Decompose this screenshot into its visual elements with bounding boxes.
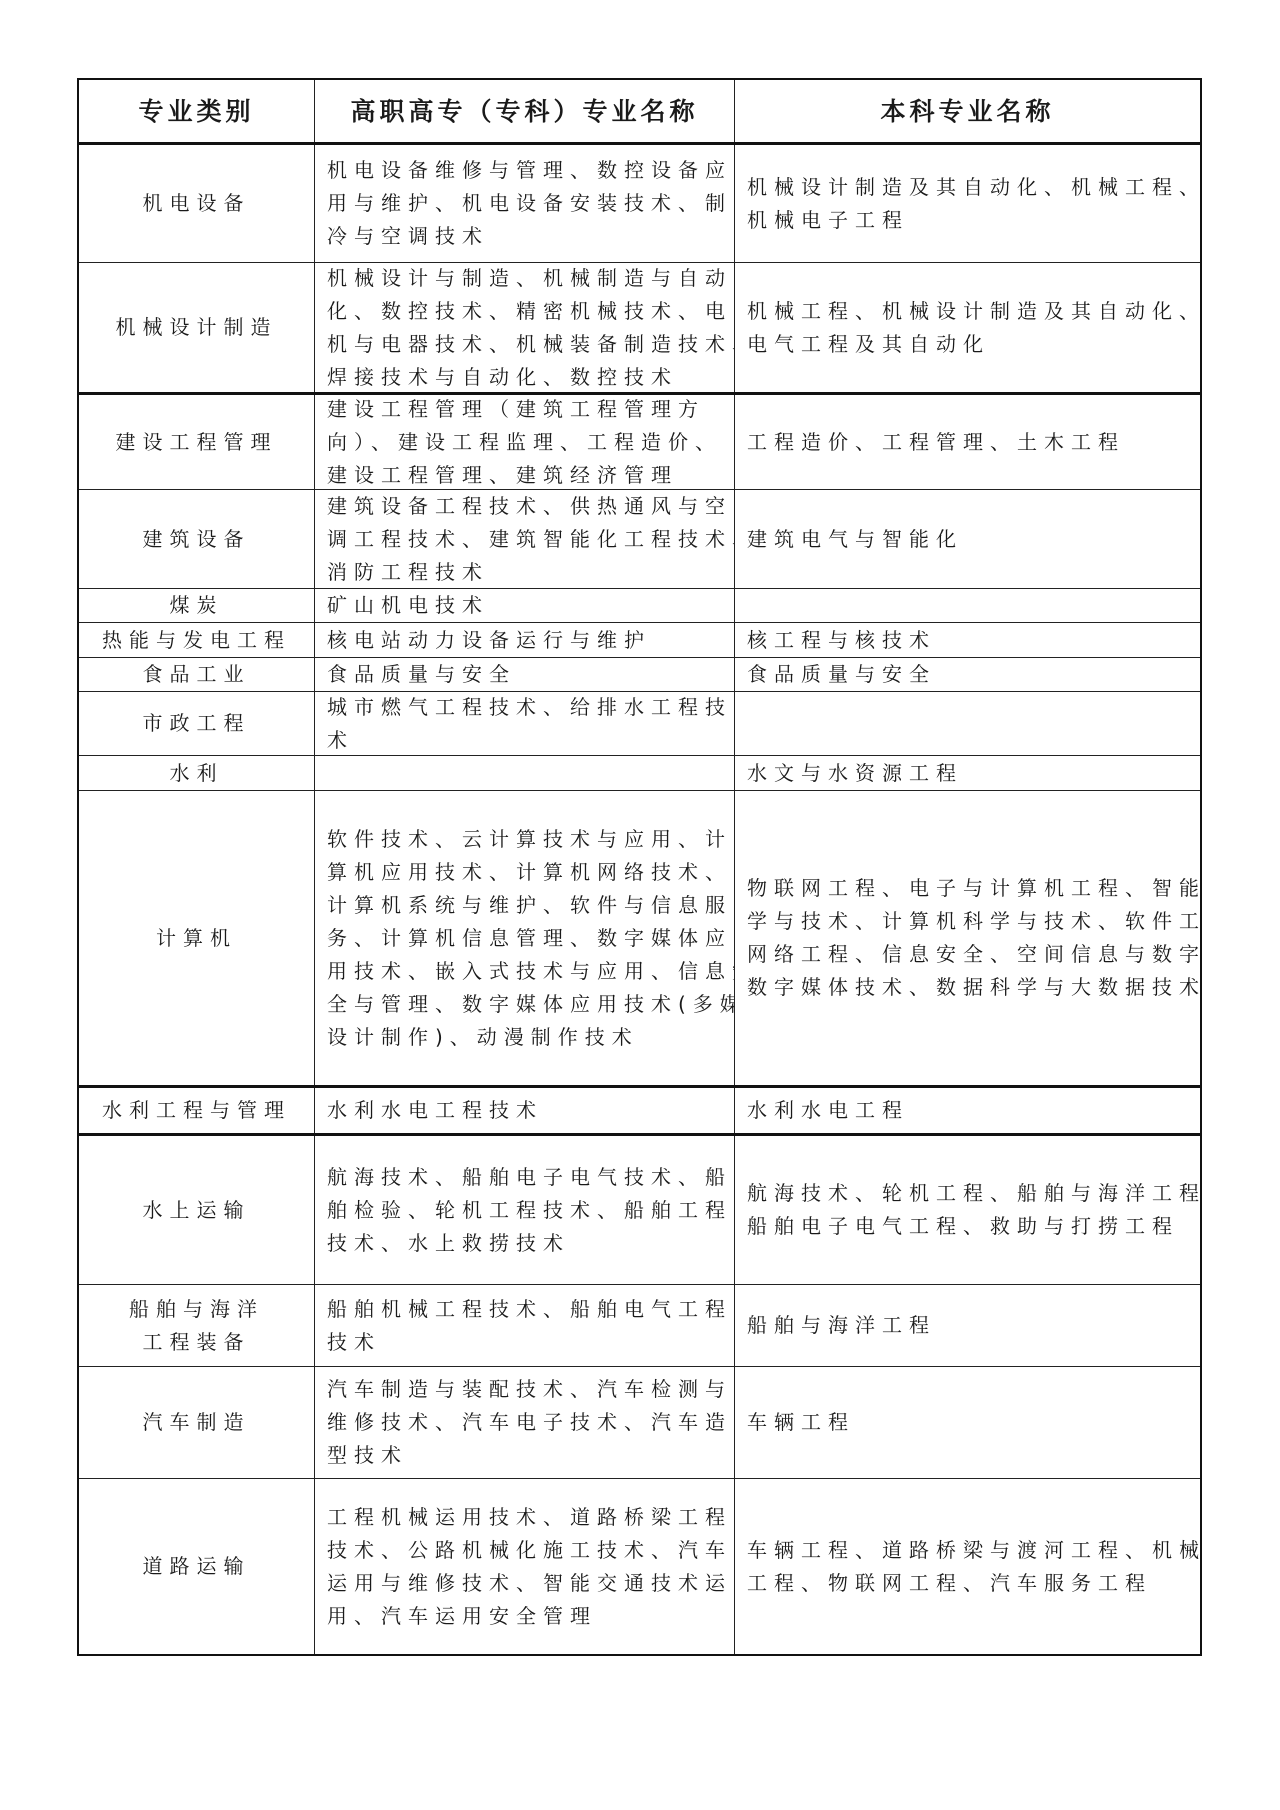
vocational-majors-cell: 矿山机电技术 xyxy=(315,589,735,622)
cell-text-line: 热能与发电工程 xyxy=(102,624,291,657)
cell-text-line: 舶检验、轮机工程技术、船舶工程 xyxy=(327,1194,734,1227)
cell-text-line: 电气工程及其自动化 xyxy=(747,328,1200,361)
undergraduate-majors-cell: 水文与水资源工程 xyxy=(735,756,1200,790)
cell-text-line: 道路运输 xyxy=(143,1550,251,1583)
cell-text-line: 矿山机电技术 xyxy=(327,589,734,622)
cell-text-line: 工程造价、工程管理、土木工程 xyxy=(747,426,1200,459)
table-row: 建筑设备建筑设备工程技术、供热通风与空调工程技术、建筑智能化工程技术、消防工程技… xyxy=(79,489,1200,588)
category-cell: 机械设计制造 xyxy=(79,263,315,392)
cell-text-line: 航海技术、轮机工程、船舶与海洋工程、 xyxy=(747,1177,1200,1210)
cell-text-line: 冷与空调技术 xyxy=(327,220,734,253)
undergraduate-majors-cell: 工程造价、工程管理、土木工程 xyxy=(735,395,1200,489)
cell-text-line: 工程机械运用技术、道路桥梁工程 xyxy=(327,1501,734,1534)
category-cell: 机电设备 xyxy=(79,145,315,262)
vocational-majors-cell xyxy=(315,756,735,790)
cell-text-line: 航海技术、船舶电子电气技术、船 xyxy=(327,1161,734,1194)
cell-text-line: 设计制作)、动漫制作技术 xyxy=(327,1021,734,1054)
category-cell: 水利工程与管理 xyxy=(79,1088,315,1133)
undergraduate-majors-cell xyxy=(735,589,1200,622)
cell-text-line: 算机应用技术、计算机网络技术、 xyxy=(327,856,734,889)
table-row: 机械设计制造机械设计与制造、机械制造与自动化、数控技术、精密机械技术、电机与电器… xyxy=(79,262,1200,392)
undergraduate-majors-cell: 建筑电气与智能化 xyxy=(735,490,1200,588)
header-category: 专业类别 xyxy=(79,80,315,142)
cell-text-line: 维修技术、汽车电子技术、汽车造 xyxy=(327,1406,734,1439)
category-cell: 水上运输 xyxy=(79,1136,315,1284)
cell-text-line: 术 xyxy=(327,724,734,756)
cell-text-line: 计算机系统与维护、软件与信息服 xyxy=(327,889,734,922)
cell-text-line: 用、汽车运用安全管理 xyxy=(327,1600,734,1633)
cell-text-line: 船舶与海洋工程 xyxy=(747,1309,1200,1342)
cell-text-line: 计算机 xyxy=(156,922,237,955)
cell-text-line: 水利工程与管理 xyxy=(102,1094,291,1127)
vocational-majors-cell: 核电站动力设备运行与维护 xyxy=(315,623,735,657)
cell-text-line: 物联网工程、电子与计算机工程、智能科 xyxy=(747,872,1200,905)
undergraduate-majors-cell: 机械工程、机械设计制造及其自动化、电气工程及其自动化 xyxy=(735,263,1200,392)
vocational-majors-cell: 船舶机械工程技术、船舶电气工程技术 xyxy=(315,1285,735,1366)
category-cell: 市政工程 xyxy=(79,692,315,755)
undergraduate-majors-cell xyxy=(735,692,1200,755)
undergraduate-majors-cell: 车辆工程 xyxy=(735,1367,1200,1478)
cell-text-line: 运用与维修技术、智能交通技术运 xyxy=(327,1567,734,1600)
cell-text-line: 船舶与海洋 xyxy=(129,1293,264,1326)
cell-text-line: 船舶机械工程技术、船舶电气工程 xyxy=(327,1293,734,1326)
cell-text-line: 工程、物联网工程、汽车服务工程 xyxy=(747,1567,1200,1600)
undergraduate-majors-cell: 水利水电工程 xyxy=(735,1088,1200,1133)
cell-text-line: 机械设计制造 xyxy=(116,311,278,344)
cell-text-line: 建设工程管理、建筑经济管理 xyxy=(327,459,734,490)
cell-text-line: 建筑设备工程技术、供热通风与空 xyxy=(327,490,734,523)
vocational-majors-cell: 城市燃气工程技术、给排水工程技术 xyxy=(315,692,735,755)
cell-text-line: 型技术 xyxy=(327,1439,734,1472)
cell-text-line: 船舶电子电气工程、救助与打捞工程 xyxy=(747,1210,1200,1243)
category-cell: 道路运输 xyxy=(79,1479,315,1654)
cell-text-line: 机械工程、机械设计制造及其自动化、 xyxy=(747,295,1200,328)
cell-text-line: 数字媒体技术、数据科学与大数据技术 xyxy=(747,971,1200,1004)
cell-text-line: 城市燃气工程技术、给排水工程技 xyxy=(327,692,734,724)
cell-text-line: 汽车制造与装配技术、汽车检测与 xyxy=(327,1373,734,1406)
category-cell: 船舶与海洋工程装备 xyxy=(79,1285,315,1366)
cell-text-line: 机械设计制造及其自动化、机械工程、 xyxy=(747,171,1200,204)
cell-text-line: 煤炭 xyxy=(170,589,224,622)
category-cell: 食品工业 xyxy=(79,658,315,691)
table-row: 建设工程管理建设工程管理（建筑工程管理方向）、建设工程监理、工程造价、建设工程管… xyxy=(79,392,1200,489)
category-cell: 建筑设备 xyxy=(79,490,315,588)
cell-text-line: 化、数控技术、精密机械技术、电 xyxy=(327,295,734,328)
cell-text-line: 建设工程管理（建筑工程管理方 xyxy=(327,395,734,426)
undergraduate-majors-cell: 车辆工程、道路桥梁与渡河工程、机械工程、物联网工程、汽车服务工程 xyxy=(735,1479,1200,1654)
cell-text-line: 工程装备 xyxy=(143,1326,251,1359)
undergraduate-majors-cell: 物联网工程、电子与计算机工程、智能科学与技术、计算机科学与技术、软件工程、网络工… xyxy=(735,791,1200,1085)
cell-text-line: 车辆工程、道路桥梁与渡河工程、机械 xyxy=(747,1534,1200,1567)
cell-text-line: 技术 xyxy=(327,1326,734,1359)
cell-text-line: 消防工程技术 xyxy=(327,556,734,589)
cell-text-line: 技术、水上救捞技术 xyxy=(327,1227,734,1260)
table-row: 道路运输工程机械运用技术、道路桥梁工程技术、公路机械化施工技术、汽车运用与维修技… xyxy=(79,1478,1200,1654)
cell-text-line: 食品质量与安全 xyxy=(747,658,1200,691)
cell-text-line: 建筑电气与智能化 xyxy=(747,523,1200,556)
cell-text-line: 水利水电工程 xyxy=(747,1094,1200,1127)
vocational-majors-cell: 建设工程管理（建筑工程管理方向）、建设工程监理、工程造价、建设工程管理、建筑经济… xyxy=(315,395,735,489)
cell-text-line: 向）、建设工程监理、工程造价、 xyxy=(327,426,734,459)
cell-text-line: 机电设备维修与管理、数控设备应 xyxy=(327,154,734,187)
table-row: 热能与发电工程核电站动力设备运行与维护核工程与核技术 xyxy=(79,622,1200,657)
cell-text-line: 机械设计与制造、机械制造与自动 xyxy=(327,263,734,295)
table-row: 水上运输航海技术、船舶电子电气技术、船舶检验、轮机工程技术、船舶工程技术、水上救… xyxy=(79,1133,1200,1284)
header-vocational: 高职高专（专科）专业名称 xyxy=(315,80,735,142)
table-row: 计算机软件技术、云计算技术与应用、计算机应用技术、计算机网络技术、计算机系统与维… xyxy=(79,790,1200,1085)
category-cell: 水利 xyxy=(79,756,315,790)
cell-text-line: 汽车制造 xyxy=(143,1406,251,1439)
category-cell: 汽车制造 xyxy=(79,1367,315,1478)
category-cell: 煤炭 xyxy=(79,589,315,622)
cell-text-line: 机械电子工程 xyxy=(747,204,1200,237)
table-row: 市政工程城市燃气工程技术、给排水工程技术 xyxy=(79,691,1200,755)
vocational-majors-cell: 机电设备维修与管理、数控设备应用与维护、机电设备安装技术、制冷与空调技术 xyxy=(315,145,735,262)
header-undergraduate: 本科专业名称 xyxy=(735,80,1200,142)
undergraduate-majors-cell: 船舶与海洋工程 xyxy=(735,1285,1200,1366)
vocational-majors-cell: 软件技术、云计算技术与应用、计算机应用技术、计算机网络技术、计算机系统与维护、软… xyxy=(315,791,735,1085)
table-header-row: 专业类别 高职高专（专科）专业名称 本科专业名称 xyxy=(79,80,1200,142)
cell-text-line: 学与技术、计算机科学与技术、软件工程、 xyxy=(747,905,1200,938)
cell-text-line: 调工程技术、建筑智能化工程技术、 xyxy=(327,523,734,556)
cell-text-line: 水利水电工程技术 xyxy=(327,1094,734,1127)
cell-text-line: 机电设备 xyxy=(143,187,251,220)
cell-text-line: 食品工业 xyxy=(143,658,251,691)
cell-text-line: 网络工程、信息安全、空间信息与数字技术、 xyxy=(747,938,1200,971)
cell-text-line: 用技术、嵌入式技术与应用、信息安 xyxy=(327,955,734,988)
cell-text-line: 食品质量与安全 xyxy=(327,658,734,691)
vocational-majors-cell: 水利水电工程技术 xyxy=(315,1088,735,1133)
cell-text-line: 市政工程 xyxy=(143,707,251,740)
major-mapping-table: 专业类别 高职高专（专科）专业名称 本科专业名称 机电设备机电设备维修与管理、数… xyxy=(77,78,1202,1656)
table-body: 机电设备机电设备维修与管理、数控设备应用与维护、机电设备安装技术、制冷与空调技术… xyxy=(79,142,1200,1654)
vocational-majors-cell: 建筑设备工程技术、供热通风与空调工程技术、建筑智能化工程技术、消防工程技术 xyxy=(315,490,735,588)
cell-text-line: 技术、公路机械化施工技术、汽车 xyxy=(327,1534,734,1567)
cell-text-line: 全与管理、数字媒体应用技术(多媒体 xyxy=(327,988,734,1021)
cell-text-line: 用与维护、机电设备安装技术、制 xyxy=(327,187,734,220)
vocational-majors-cell: 航海技术、船舶电子电气技术、船舶检验、轮机工程技术、船舶工程技术、水上救捞技术 xyxy=(315,1136,735,1284)
table-row: 水利水文与水资源工程 xyxy=(79,755,1200,790)
cell-text-line: 焊接技术与自动化、数控技术 xyxy=(327,361,734,393)
vocational-majors-cell: 机械设计与制造、机械制造与自动化、数控技术、精密机械技术、电机与电器技术、机械装… xyxy=(315,263,735,392)
undergraduate-majors-cell: 核工程与核技术 xyxy=(735,623,1200,657)
vocational-majors-cell: 汽车制造与装配技术、汽车检测与维修技术、汽车电子技术、汽车造型技术 xyxy=(315,1367,735,1478)
cell-text-line: 水上运输 xyxy=(143,1194,251,1227)
cell-text-line: 机与电器技术、机械装备制造技术、 xyxy=(327,328,734,361)
cell-text-line: 建筑设备 xyxy=(143,523,251,556)
vocational-majors-cell: 工程机械运用技术、道路桥梁工程技术、公路机械化施工技术、汽车运用与维修技术、智能… xyxy=(315,1479,735,1654)
cell-text-line: 车辆工程 xyxy=(747,1406,1200,1439)
cell-text-line: 核工程与核技术 xyxy=(747,624,1200,657)
cell-text-line: 水文与水资源工程 xyxy=(747,757,1200,790)
undergraduate-majors-cell: 机械设计制造及其自动化、机械工程、机械电子工程 xyxy=(735,145,1200,262)
category-cell: 建设工程管理 xyxy=(79,395,315,489)
cell-text-line: 水利 xyxy=(170,757,224,790)
undergraduate-majors-cell: 航海技术、轮机工程、船舶与海洋工程、船舶电子电气工程、救助与打捞工程 xyxy=(735,1136,1200,1284)
table-row: 煤炭矿山机电技术 xyxy=(79,588,1200,622)
table-row: 汽车制造汽车制造与装配技术、汽车检测与维修技术、汽车电子技术、汽车造型技术车辆工… xyxy=(79,1366,1200,1478)
vocational-majors-cell: 食品质量与安全 xyxy=(315,658,735,691)
table-row: 食品工业食品质量与安全食品质量与安全 xyxy=(79,657,1200,691)
category-cell: 计算机 xyxy=(79,791,315,1085)
cell-text-line: 建设工程管理 xyxy=(116,426,278,459)
undergraduate-majors-cell: 食品质量与安全 xyxy=(735,658,1200,691)
category-cell: 热能与发电工程 xyxy=(79,623,315,657)
cell-text-line: 软件技术、云计算技术与应用、计 xyxy=(327,823,734,856)
cell-text-line: 务、计算机信息管理、数字媒体应 xyxy=(327,922,734,955)
table-row: 水利工程与管理水利水电工程技术水利水电工程 xyxy=(79,1085,1200,1133)
cell-text-line: 核电站动力设备运行与维护 xyxy=(327,624,734,657)
table-row: 船舶与海洋工程装备船舶机械工程技术、船舶电气工程技术船舶与海洋工程 xyxy=(79,1284,1200,1366)
table-row: 机电设备机电设备维修与管理、数控设备应用与维护、机电设备安装技术、制冷与空调技术… xyxy=(79,142,1200,262)
